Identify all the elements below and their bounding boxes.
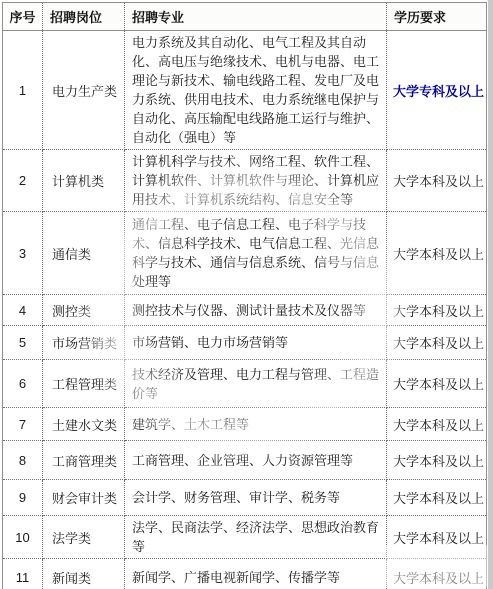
education-cell: 大学本科及以上 — [387, 212, 487, 295]
majors-cell: 通信工程、电子信息工程、电子科学与技术、信息科学技术、电气信息工程、光信息科学与… — [125, 212, 387, 295]
position-cell: 计算机类 — [43, 150, 125, 212]
position-cell: 测控类 — [43, 295, 125, 326]
education-text: 大学本科及以上 — [393, 377, 484, 392]
table-row: 3 通信类 通信工程、电子信息工程、电子科学与技术、信息科学技术、电气信息工程、… — [3, 212, 487, 295]
table-row: 8 工商管理类 工商管理、企业管理、人力资源管理等 大学本科及以上 — [3, 441, 487, 480]
serial-cell: 11 — [3, 559, 43, 589]
majors-cell: 电力系统及其自动化、电气工程及其自动化、高电压与绝缘技术、电机与电器、电工理论与… — [125, 31, 387, 150]
header-row: 序号 招聘岗位 招聘专业 学历要求 — [3, 3, 487, 31]
education-cell: 大学本科及以上 — [387, 150, 487, 212]
serial-cell: 2 — [3, 150, 43, 212]
education-text: 大学本科及以上 — [393, 336, 484, 351]
serial-cell: 5 — [3, 326, 43, 360]
majors-cell: 法学、民商法学、经济法学、思想政治教育等 — [125, 516, 387, 559]
majors-cell: 计算机科学与技术、网络工程、软件工程、计算机软件、计算机软件与理论、计算机应用技… — [125, 150, 387, 212]
position-cell: 财会审计类 — [43, 480, 125, 516]
education-text: 大学本科及以上 — [393, 418, 484, 433]
majors-cell: 测控技术与仪器、测试计量技术及仪器等 — [125, 295, 387, 326]
education-cell: 大学本科及以上 — [387, 408, 487, 441]
page-background-strip — [488, 0, 493, 589]
position-cell: 市场营销类 — [43, 326, 125, 360]
education-text: 大学本科及以上 — [393, 247, 484, 262]
table-row: 2 计算机类 计算机科学与技术、网络工程、软件工程、计算机软件、计算机软件与理论… — [3, 150, 487, 212]
column-header-serial: 序号 — [3, 3, 43, 31]
education-text: 大学本科及以上 — [393, 571, 484, 586]
education-text: 大学本科及以上 — [393, 304, 484, 319]
table-row: 4 测控类 测控技术与仪器、测试计量技术及仪器等 大学本科及以上 — [3, 295, 487, 326]
education-text: 大学专科及以上 — [393, 84, 484, 99]
table-row: 5 市场营销类 市场营销、电力市场营销等 大学本科及以上 — [3, 326, 487, 360]
education-cell: 大学本科及以上 — [387, 295, 487, 326]
column-header-education: 学历要求 — [387, 3, 487, 31]
serial-cell: 6 — [3, 360, 43, 408]
serial-cell: 9 — [3, 480, 43, 516]
serial-cell: 8 — [3, 441, 43, 480]
serial-cell: 3 — [3, 212, 43, 295]
majors-cell: 工商管理、企业管理、人力资源管理等 — [125, 441, 387, 480]
education-cell: 大学本科及以上 — [387, 559, 487, 589]
table-row: 11 新闻类 新闻学、广播电视新闻学、传播学等 大学本科及以上 — [3, 559, 487, 589]
education-cell: 大学本科及以上 — [387, 480, 487, 516]
majors-cell: 市场营销、电力市场营销等 — [125, 326, 387, 360]
majors-cell: 建筑学、土木工程等 — [125, 408, 387, 441]
table-row: 7 土建水文类 建筑学、土木工程等 大学本科及以上 — [3, 408, 487, 441]
serial-cell: 7 — [3, 408, 43, 441]
majors-cell: 技术经济及管理、电力工程与管理、工程造价等 — [125, 360, 387, 408]
majors-cell: 新闻学、广播电视新闻学、传播学等 — [125, 559, 387, 589]
education-text: 大学本科及以上 — [393, 531, 484, 546]
majors-cell: 会计学、财务管理、审计学、税务等 — [125, 480, 387, 516]
column-header-majors: 招聘专业 — [125, 3, 387, 31]
education-cell: 大学本科及以上 — [387, 326, 487, 360]
education-cell: 大学本科及以上 — [387, 360, 487, 408]
position-cell: 法学类 — [43, 516, 125, 559]
education-text: 大学本科及以上 — [393, 491, 484, 506]
position-cell: 电力生产类 — [43, 31, 125, 150]
education-cell: 大学本科及以上 — [387, 516, 487, 559]
education-text: 大学本科及以上 — [393, 174, 484, 189]
table-row: 1 电力生产类 电力系统及其自动化、电气工程及其自动化、高电压与绝缘技术、电机与… — [3, 31, 487, 150]
serial-cell: 10 — [3, 516, 43, 559]
education-cell: 大学本科及以上 — [387, 441, 487, 480]
position-cell: 土建水文类 — [43, 408, 125, 441]
education-cell: 大学专科及以上 — [387, 31, 487, 150]
position-cell: 新闻类 — [43, 559, 125, 589]
serial-cell: 4 — [3, 295, 43, 326]
table-row: 6 工程管理类 技术经济及管理、电力工程与管理、工程造价等 大学本科及以上 — [3, 360, 487, 408]
recruitment-table: 序号 招聘岗位 招聘专业 学历要求 1 电力生产类 电力系统及其自动化、电气工程… — [2, 2, 487, 589]
education-text: 大学本科及以上 — [393, 454, 484, 469]
position-cell: 工商管理类 — [43, 441, 125, 480]
position-cell: 工程管理类 — [43, 360, 125, 408]
position-cell: 通信类 — [43, 212, 125, 295]
table-row: 9 财会审计类 会计学、财务管理、审计学、税务等 大学本科及以上 — [3, 480, 487, 516]
column-header-position: 招聘岗位 — [43, 3, 125, 31]
table-row: 10 法学类 法学、民商法学、经济法学、思想政治教育等 大学本科及以上 — [3, 516, 487, 559]
serial-cell: 1 — [3, 31, 43, 150]
